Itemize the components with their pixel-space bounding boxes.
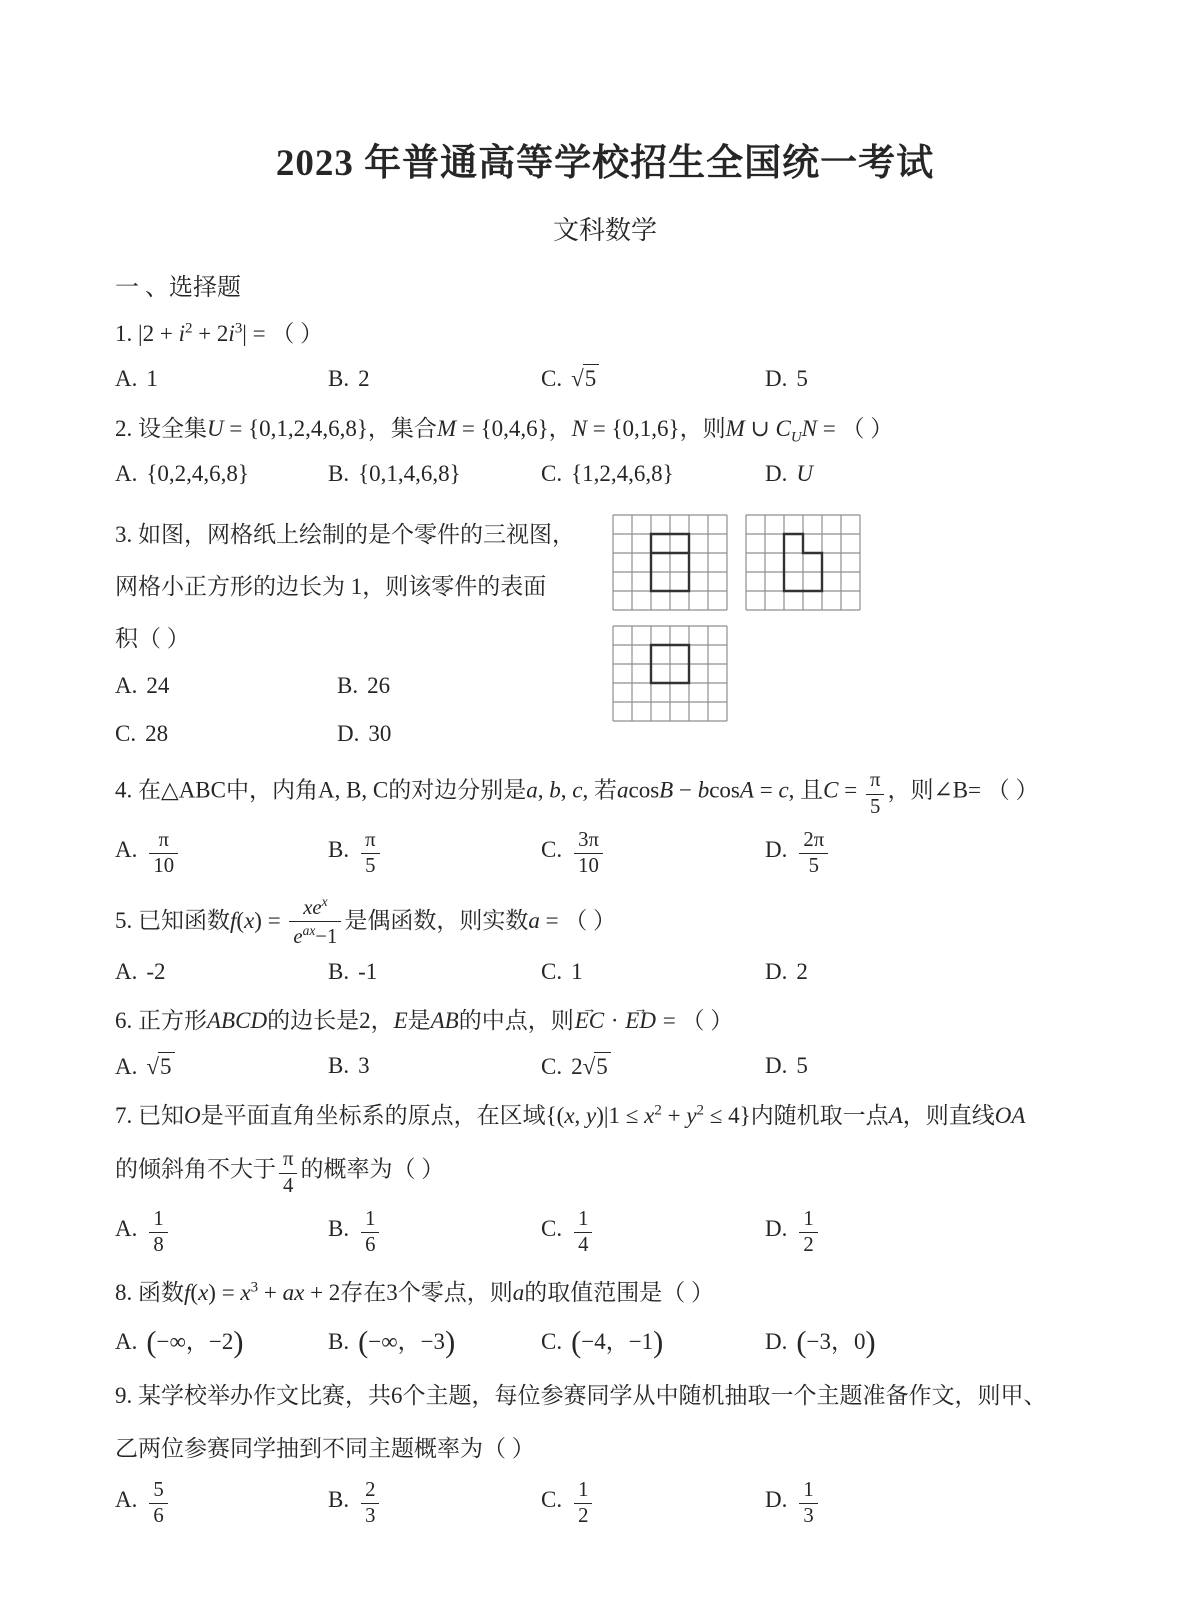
superscript: 3: [251, 1279, 258, 1295]
question-2-option-A: A.{0,2,4,6,8}: [115, 461, 328, 487]
text-run: 9. 某学校举办作文比赛，共6个主题，每位参赛同学从中随机抽取一个主题准备作文，…: [115, 1383, 1047, 1408]
fraction: 56: [149, 1479, 167, 1528]
option-value: (−∞，−2): [146, 1329, 243, 1354]
question-1-content: 1. |2 + i2 + 2i3| = （ ）A.1B.2C.√5D.5: [115, 314, 1095, 393]
fraction-denominator: 10: [149, 854, 178, 878]
question-9-option-A: A.56: [115, 1479, 328, 1528]
question-6-option-B: B.3: [328, 1053, 541, 1079]
question-3-option-D: D.30: [337, 721, 585, 747]
question-4-option-A: A.π10: [115, 829, 328, 878]
side-view-grid: [744, 513, 862, 612]
question-3-options: A.24B.26C.28D.30: [115, 673, 585, 747]
option-label: C.: [541, 1487, 562, 1512]
option-value: 2: [796, 959, 808, 984]
text-run: (: [236, 908, 244, 933]
text-run: −1: [315, 926, 337, 948]
option-label: D.: [765, 837, 787, 862]
text-run: 1: [365, 1208, 375, 1230]
question-6-stem-line-1: 6. 正方形ABCD的边长是2，E是AB的中点，则→EC · →ED = （ ）: [115, 1001, 1095, 1041]
question-3-option-A: A.24: [115, 673, 337, 699]
fraction-denominator: 6: [149, 1504, 167, 1528]
text-run: 1. |2 +: [115, 321, 179, 346]
fraction-numerator: 2: [361, 1479, 379, 1504]
math-var: B: [659, 778, 673, 803]
text-run: −∞，−2: [157, 1329, 234, 1354]
text-run: 3: [803, 1505, 813, 1527]
option-value: 2√5: [571, 1054, 611, 1079]
question-9-stem-line-1: 9. 某学校举办作文比赛，共6个主题，每位参赛同学从中随机抽取一个主题准备作文，…: [115, 1376, 1095, 1416]
text-run: 1: [578, 1479, 588, 1501]
text-run: 6: [153, 1505, 163, 1527]
option-value: -2: [146, 959, 165, 984]
sqrt-expr: √5: [571, 366, 599, 391]
question-4-option-D: D.2π5: [765, 829, 1095, 878]
option-value: 16: [358, 1216, 382, 1241]
fraction: 16: [361, 1208, 379, 1257]
text-run: 5: [153, 1479, 163, 1501]
question-1-option-C: C.√5: [541, 364, 765, 393]
big-paren: ): [653, 1325, 663, 1359]
text-run: 8. 函数: [115, 1280, 184, 1305]
text-run: 3. 如图，网格纸上绘制的是个零件的三视图，: [115, 522, 575, 547]
big-paren: (: [796, 1325, 806, 1359]
question-1-options: A.1B.2C.√5D.5: [115, 364, 1095, 393]
text-run: 是: [408, 1008, 431, 1033]
fraction: 3π10: [574, 829, 603, 878]
text-run: 积（ ）: [115, 626, 190, 651]
big-paren: (: [571, 1325, 581, 1359]
question-4: 4. 在△ABC中，内角A, B, C的对边分别是a, b, c, 若acosB…: [115, 769, 1095, 878]
option-label: A.: [115, 837, 137, 862]
option-label: D.: [765, 461, 787, 486]
question-3-option-C: C.28: [115, 721, 337, 747]
text-run: ，则∠B= （ ）: [887, 778, 1038, 803]
question-1-option-A: A.1: [115, 366, 328, 392]
question-5-option-A: A.-2: [115, 959, 328, 985]
text-run: ·: [605, 1008, 624, 1033]
option-label: B.: [337, 673, 358, 698]
question-9-option-D: D.13: [765, 1479, 1095, 1528]
question-6: 6. 正方形ABCD的边长是2，E是AB的中点，则→EC · →ED = （ ）…: [115, 1001, 1095, 1080]
text-run: | = （ ）: [242, 321, 323, 346]
superscript: x: [322, 894, 328, 909]
text-run: {0,2,4,6,8}: [146, 461, 249, 486]
option-label: B.: [328, 959, 349, 984]
question-9-content: 9. 某学校举办作文比赛，共6个主题，每位参赛同学从中随机抽取一个主题准备作文，…: [115, 1376, 1095, 1528]
superscript: 2: [654, 1102, 661, 1118]
fraction-numerator: 1: [574, 1208, 592, 1233]
fraction-denominator: 5: [361, 854, 379, 878]
option-label: D.: [337, 721, 359, 746]
option-label: B.: [328, 461, 349, 486]
question-8-content: 8. 函数f(x) = x3 + ax + 2存在3个零点，则a的取值范围是（ …: [115, 1273, 1095, 1360]
text-run: , 且: [789, 778, 824, 803]
text-run: 4: [578, 1234, 588, 1256]
question-2-options: A.{0,2,4,6,8}B.{0,1,4,6,8}C.{1,2,4,6,8}D…: [115, 461, 1095, 487]
question-7-option-C: C.14: [541, 1208, 765, 1257]
math-var: y: [686, 1103, 696, 1128]
text-run: −3，0: [807, 1329, 866, 1354]
fraction-denominator: eax−1: [289, 922, 341, 949]
page-title: 2023 年普通高等学校招生全国统一考试: [115, 132, 1095, 186]
fraction-numerator: 2π: [799, 829, 828, 854]
question-4-option-C: C.3π10: [541, 829, 765, 878]
text-run: 1: [803, 1208, 813, 1230]
text-run: 网格小正方形的边长为 1，则该零件的表面: [115, 574, 546, 599]
figure-row: [611, 624, 862, 723]
question-6-option-C: C.2√5: [541, 1052, 765, 1081]
fraction: π10: [149, 829, 178, 878]
fraction: 13: [799, 1479, 817, 1528]
big-paren: (: [358, 1325, 368, 1359]
math-var: y: [586, 1103, 596, 1128]
math-var: O: [184, 1103, 201, 1128]
question-1: 1. |2 + i2 + 2i3| = （ ）A.1B.2C.√5D.5: [115, 314, 1095, 393]
text-run: 5: [365, 855, 375, 877]
superscript: ax: [303, 923, 316, 938]
big-paren: ): [445, 1325, 455, 1359]
math-var: A: [740, 778, 754, 803]
math-var: xe: [303, 897, 321, 919]
option-value: (−∞，−3): [358, 1329, 455, 1354]
subscript: U: [791, 429, 802, 445]
option-value: (−3，0): [796, 1329, 875, 1354]
text-run: -1: [358, 959, 377, 984]
text-run: = {0,1,2,4,6,8}，集合: [224, 416, 437, 441]
option-value: 3π10: [571, 837, 606, 862]
question-6-content: 6. 正方形ABCD的边长是2，E是AB的中点，则→EC · →ED = （ ）…: [115, 1001, 1095, 1080]
text-run: cos: [629, 778, 660, 803]
option-value: 5: [796, 366, 808, 391]
option-label: D.: [765, 1329, 787, 1354]
fraction-numerator: xex: [289, 894, 341, 922]
text-run: 1: [803, 1479, 813, 1501]
vector-arrow-icon: →: [575, 1005, 604, 1013]
text-run: = （ ）: [540, 908, 616, 933]
question-4-content: 4. 在△ABC中，内角A, B, C的对边分别是a, b, c, 若acosB…: [115, 769, 1095, 878]
option-value: 28: [145, 721, 168, 746]
math-var: c: [572, 778, 582, 803]
question-9-option-B: B.23: [328, 1479, 541, 1528]
question-9-options: A.56B.23C.12D.13: [115, 1479, 1095, 1528]
question-5: 5. 已知函数f(x) = xexeax−1是偶函数，则实数a = （ ）A.-…: [115, 894, 1095, 985]
option-value: {1,2,4,6,8}: [571, 461, 674, 486]
option-label: B.: [328, 1053, 349, 1078]
option-value: 14: [571, 1216, 595, 1241]
option-value: 5: [796, 1053, 808, 1078]
text-run: {0,1,4,6,8}: [358, 461, 461, 486]
question-7: 7. 已知O是平面直角坐标系的原点，在区域{(x, y)|1 ≤ x2 + y2…: [115, 1096, 1095, 1257]
option-value: 26: [367, 673, 390, 698]
text-run: -2: [146, 959, 165, 984]
vector-expr: →ED: [625, 1002, 656, 1033]
math-var: a: [526, 778, 538, 803]
text-run: 1: [146, 366, 158, 391]
text-run: 2: [358, 366, 370, 391]
radicand: 5: [594, 1052, 611, 1081]
text-run: π: [283, 1148, 293, 1170]
question-2-option-B: B.{0,1,4,6,8}: [328, 461, 541, 487]
text-run: 6. 正方形: [115, 1008, 207, 1033]
math-var: OA: [995, 1103, 1026, 1128]
text-run: 5. 已知函数: [115, 908, 230, 933]
text-run: 的取值范围是（ ）: [524, 1280, 714, 1305]
vector-arrow-icon: →: [625, 1005, 656, 1013]
fraction: 18: [149, 1208, 167, 1257]
question-8-option-C: C.(−4，−1): [541, 1323, 765, 1360]
math-var: x: [244, 908, 254, 933]
math-var: x: [644, 1103, 654, 1128]
fraction-denominator: 10: [574, 854, 603, 878]
question-7-options: A.18B.16C.14D.12: [115, 1208, 1095, 1257]
text-run: 1: [153, 1208, 163, 1230]
text-run: 8: [153, 1234, 163, 1256]
text-run: + 2存在3个零点，则: [304, 1280, 512, 1305]
fraction: π5: [866, 769, 884, 818]
text-run: ) =: [208, 1280, 240, 1305]
option-value: π10: [146, 837, 181, 862]
question-3-layout: 3. 如图，网格纸上绘制的是个零件的三视图，网格小正方形的边长为 1，则该零件的…: [115, 503, 1095, 758]
option-value: 30: [368, 721, 391, 746]
option-value: {0,2,4,6,8}: [146, 461, 249, 486]
text-run: = {0,1,6}，则: [587, 416, 726, 441]
fraction-numerator: 3π: [574, 829, 603, 854]
option-label: C.: [541, 1054, 562, 1079]
question-5-option-D: D.2: [765, 959, 1095, 985]
math-var: N: [802, 416, 817, 441]
fraction-denominator: 5: [799, 854, 828, 878]
math-var: c: [778, 778, 788, 803]
text-run: 2: [365, 1479, 375, 1501]
question-3-stem-line-1: 3. 如图，网格纸上绘制的是个零件的三视图，: [115, 515, 607, 555]
option-value: U: [796, 461, 813, 486]
text-run: ≤ 4}内随机取一点: [704, 1103, 889, 1128]
question-1-option-D: D.5: [765, 366, 1095, 392]
text-run: (: [190, 1280, 198, 1305]
text-run: 7. 已知: [115, 1103, 184, 1128]
option-label: D.: [765, 1053, 787, 1078]
math-var: N: [572, 416, 587, 441]
math-var: C: [823, 778, 838, 803]
radicand: 5: [158, 1052, 175, 1081]
option-value: 56: [146, 1487, 170, 1512]
text-run: ,: [575, 1103, 587, 1128]
text-run: 10: [578, 855, 599, 877]
question-8-option-D: D.(−3，0): [765, 1323, 1095, 1360]
text-run: {1,2,4,6,8}: [571, 461, 674, 486]
question-3-content: 3. 如图，网格纸上绘制的是个零件的三视图，网格小正方形的边长为 1，则该零件的…: [115, 503, 607, 758]
question-3-stem-line-3: 积（ ）: [115, 619, 607, 659]
question-7-content: 7. 已知O是平面直角坐标系的原点，在区域{(x, y)|1 ≤ x2 + y2…: [115, 1096, 1095, 1257]
text-run: 是偶函数，则实数: [344, 908, 528, 933]
text-run: −: [673, 778, 697, 803]
question-7-stem-line-2: 的倾斜角不大于π4的概率为（ ）: [115, 1148, 1095, 1197]
option-label: A.: [115, 1329, 137, 1354]
sqrt-expr: √5: [583, 1054, 611, 1079]
fraction-numerator: π: [866, 769, 884, 794]
fraction-denominator: 2: [574, 1504, 592, 1528]
option-label: A.: [115, 366, 137, 391]
question-4-stem-line-1: 4. 在△ABC中，内角A, B, C的对边分别是a, b, c, 若acosB…: [115, 769, 1095, 818]
option-value: √5: [571, 366, 599, 391]
question-9-stem-line-2: 乙两位参赛同学抽到不同主题概率为（ ）: [115, 1429, 1095, 1469]
question-5-option-B: B.-1: [328, 959, 541, 985]
question-7-stem-line-1: 7. 已知O是平面直角坐标系的原点，在区域{(x, y)|1 ≤ x2 + y2…: [115, 1096, 1095, 1136]
text-run: 2. 设全集: [115, 416, 207, 441]
math-var: AB: [431, 1008, 459, 1033]
math-var: b: [549, 778, 561, 803]
option-value: -1: [358, 959, 377, 984]
text-run: 2π: [803, 829, 824, 851]
text-run: 3π: [578, 829, 599, 851]
text-run: 5: [809, 855, 819, 877]
option-label: D.: [765, 1216, 787, 1241]
option-label: B.: [328, 1329, 349, 1354]
fraction-numerator: 1: [149, 1208, 167, 1233]
question-8-option-A: A.(−∞，−2): [115, 1323, 328, 1360]
question-1-option-B: B.2: [328, 366, 541, 392]
text-run: 乙两位参赛同学抽到不同主题概率为（ ）: [115, 1436, 535, 1461]
text-run: 2: [796, 959, 808, 984]
fraction: π5: [361, 829, 379, 878]
text-run: 2: [803, 1234, 813, 1256]
option-value: 12: [796, 1216, 820, 1241]
text-run: cos: [709, 778, 740, 803]
option-label: C.: [541, 461, 562, 486]
fraction: 12: [574, 1479, 592, 1528]
text-run: 1: [578, 1208, 588, 1230]
text-run: ∪: [745, 416, 776, 441]
math-var: U: [207, 416, 224, 441]
fraction-numerator: π: [361, 829, 379, 854]
exam-page: 2023 年普通高等学校招生全国统一考试 文科数学 一 、选择题 1. |2 +…: [0, 0, 1200, 1612]
question-9-option-C: C.12: [541, 1479, 765, 1528]
big-paren: (: [146, 1325, 156, 1359]
option-value: 2π5: [796, 837, 831, 862]
option-value: 2: [358, 366, 370, 391]
fraction: 2π5: [799, 829, 828, 878]
question-7-option-B: B.16: [328, 1208, 541, 1257]
math-var: b: [698, 778, 710, 803]
text-run: ) =: [254, 908, 286, 933]
fraction: 23: [361, 1479, 379, 1528]
option-label: B.: [328, 1487, 349, 1512]
text-run: π: [158, 829, 168, 851]
text-run: +: [258, 1280, 282, 1305]
option-label: A.: [115, 673, 137, 698]
text-run: 5: [796, 1053, 808, 1078]
text-run: )|1 ≤: [596, 1103, 644, 1128]
math-var: a: [617, 778, 629, 803]
option-label: B.: [328, 1216, 349, 1241]
question-5-option-C: C.1: [541, 959, 765, 985]
question-7-option-D: D.12: [765, 1208, 1095, 1257]
text-run: −∞，−3: [368, 1329, 445, 1354]
option-label: D.: [765, 959, 787, 984]
question-4-options: A.π10B.π5C.3π10D.2π5: [115, 829, 1095, 878]
page-subtitle: 文科数学: [115, 210, 1095, 247]
question-2: 2. 设全集U = {0,1,2,4,6,8}，集合M = {0,4,6}，N …: [115, 409, 1095, 487]
text-run: π: [365, 829, 375, 851]
text-run: + 2: [192, 321, 228, 346]
question-6-option-A: A.√5: [115, 1052, 328, 1081]
top-view-grid: [611, 624, 729, 723]
option-label: C.: [541, 959, 562, 984]
fraction-numerator: 1: [574, 1479, 592, 1504]
question-3: 3. 如图，网格纸上绘制的是个零件的三视图，网格小正方形的边长为 1，则该零件的…: [115, 503, 1095, 758]
text-run: 是平面直角坐标系的原点，在区域{(: [201, 1103, 565, 1128]
question-7-option-A: A.18: [115, 1208, 328, 1257]
fraction-denominator: 5: [866, 795, 884, 819]
text-run: 的概率为（ ）: [300, 1157, 444, 1182]
figure-row: [611, 513, 862, 612]
fraction-numerator: 1: [361, 1208, 379, 1233]
option-label: A.: [115, 461, 137, 486]
math-var: a: [513, 1280, 525, 1305]
text-run: 28: [145, 721, 168, 746]
question-8: 8. 函数f(x) = x3 + ax + 2存在3个零点，则a的取值范围是（ …: [115, 1273, 1095, 1360]
fraction-numerator: 1: [799, 1208, 817, 1233]
fraction-denominator: 3: [799, 1504, 817, 1528]
question-3-option-B: B.26: [337, 673, 585, 699]
text-run: 2: [578, 1505, 588, 1527]
text-run: =: [839, 778, 863, 803]
text-run: ,: [561, 778, 573, 803]
fraction-denominator: 8: [149, 1233, 167, 1257]
option-value: 18: [146, 1216, 170, 1241]
math-var: a: [528, 908, 540, 933]
fraction: π4: [279, 1148, 297, 1197]
question-6-options: A.√5B.3C.2√5D.5: [115, 1052, 1095, 1081]
option-label: A.: [115, 1054, 137, 1079]
front-view-grid: [611, 513, 729, 612]
fraction-numerator: π: [279, 1148, 297, 1173]
option-label: A.: [115, 959, 137, 984]
math-var: E: [394, 1008, 408, 1033]
fraction: xexeax−1: [289, 894, 341, 949]
question-2-option-D: D.U: [765, 461, 1095, 487]
math-var: U: [796, 461, 813, 486]
vector-expr: →EC: [575, 1002, 604, 1033]
option-value: 1: [571, 959, 583, 984]
fraction-denominator: 3: [361, 1504, 379, 1528]
fraction-numerator: π: [149, 829, 178, 854]
math-var: x: [564, 1103, 574, 1128]
question-1-stem-line-1: 1. |2 + i2 + 2i3| = （ ）: [115, 314, 1095, 354]
section-label: 一 、选择题: [115, 267, 1095, 302]
text-run: 4. 在△ABC中，内角A, B, C的对边分别是: [115, 778, 526, 803]
math-var: C: [776, 416, 791, 441]
text-run: 的中点，则: [459, 1008, 574, 1033]
fraction-denominator: 4: [279, 1174, 297, 1198]
option-label: C.: [115, 721, 136, 746]
option-value: 3: [358, 1053, 370, 1078]
math-var: A: [889, 1103, 903, 1128]
text-run: 2: [571, 1054, 583, 1079]
text-run: 26: [367, 673, 390, 698]
question-6-option-D: D.5: [765, 1053, 1095, 1079]
question-8-options: A.(−∞，−2)B.(−∞，−3)C.(−4，−1)D.(−3，0): [115, 1323, 1095, 1360]
fraction: 12: [799, 1208, 817, 1257]
option-label: A.: [115, 1216, 137, 1241]
text-run: 4: [283, 1175, 293, 1197]
option-label: D.: [765, 1487, 787, 1512]
math-var: e: [293, 926, 302, 948]
text-run: 5: [796, 366, 808, 391]
option-value: 12: [571, 1487, 595, 1512]
text-run: 5: [870, 796, 880, 818]
question-2-content: 2. 设全集U = {0,1,2,4,6,8}，集合M = {0,4,6}，N …: [115, 409, 1095, 487]
